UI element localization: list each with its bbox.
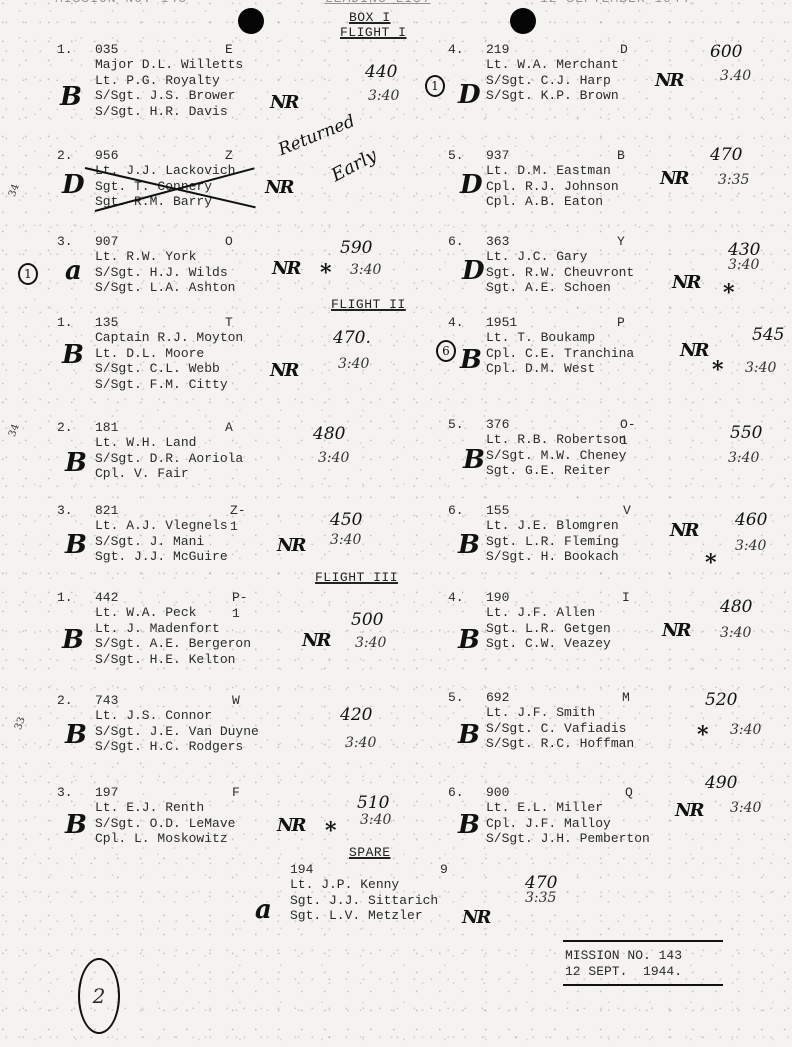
crew-member: S/Sgt. H.C. Rodgers	[95, 739, 259, 755]
handwritten-fuel: 490	[705, 773, 737, 793]
flight-3-heading: FLIGHT III	[315, 570, 398, 585]
crew-list: Lt. R.B. RobertsonS/Sgt. M.W. CheneySgt.…	[486, 432, 626, 479]
top-header-cut-text: LEADING LIST	[325, 0, 431, 6]
asterisk-mark: *	[712, 357, 724, 383]
crew-member: S/Sgt. H. Bookach	[486, 549, 619, 565]
returned-annotation: Returned	[276, 111, 358, 160]
aircraft-number: 197	[95, 785, 118, 801]
handwritten-nr-mark: NR	[672, 272, 699, 293]
handwritten-time: 3:40	[338, 356, 369, 372]
aircraft-number: 956	[95, 148, 118, 164]
crew-list: Lt. D.M. EastmanCpl. R.J. JohnsonCpl. A.…	[486, 163, 619, 210]
handwritten-time: 3:40	[728, 257, 759, 273]
crew-member: S/Sgt. J.S. Brower	[95, 88, 243, 104]
handwritten-time: 3:40	[318, 450, 349, 466]
handwritten-fuel: 500	[351, 610, 383, 630]
crew-member: Lt. J. Madenfort	[95, 621, 251, 637]
handwritten-letter-mark: B	[458, 720, 480, 750]
aircraft-letter: T	[225, 315, 233, 331]
aircraft-letter: D	[620, 42, 628, 58]
aircraft-number: 743	[95, 693, 118, 709]
handwritten-letter-mark: B	[460, 345, 482, 375]
margin-note: 33	[13, 716, 28, 732]
crew-list: Captain R.J. MoytonLt. D.L. MooreS/Sgt. …	[95, 330, 243, 392]
crew-member: S/Sgt. K.P. Brown	[486, 88, 619, 104]
crew-member: S/Sgt. F.M. Citty	[95, 377, 243, 393]
crew-list: Lt. T. BoukampCpl. C.E. TranchinaCpl. D.…	[486, 330, 634, 377]
aircraft-letter: M	[622, 690, 630, 706]
handwritten-letter-mark: B	[458, 625, 480, 655]
handwritten-time: 3:40	[368, 88, 399, 104]
entry-position: 2.	[57, 693, 73, 709]
crew-list: Lt. J.F. AllenSgt. L.R. GetgenSgt. C.W. …	[486, 605, 611, 652]
handwritten-nr-mark: NR	[655, 70, 682, 91]
crew-member: Lt. R.B. Robertson	[486, 432, 626, 448]
crew-member: Lt. D.L. Moore	[95, 346, 243, 362]
crew-member: S/Sgt. O.D. LeMave	[95, 816, 235, 832]
crew-member: S/Sgt. A.E. Bergeron	[95, 636, 251, 652]
crew-member: Major D.L. Willetts	[95, 57, 243, 73]
handwritten-letter-mark: D	[462, 256, 485, 286]
aircraft-number: 821	[95, 503, 118, 519]
handwritten-letter-mark: B	[458, 810, 480, 840]
crew-list: Lt. A.J. VlegnelsS/Sgt. J. ManiSgt. J.J.…	[95, 518, 228, 565]
aircraft-number: 194	[290, 862, 313, 878]
aircraft-letter: W	[232, 693, 240, 709]
crew-list: Lt. J.C. GarySgt. R.W. CheuvrontSgt. A.E…	[486, 249, 634, 296]
crew-member: Sgt. G.E. Reiter	[486, 463, 626, 479]
handwritten-fuel: 470	[710, 145, 742, 165]
entry-position: 3.	[57, 785, 73, 801]
crew-member: S/Sgt. C.L. Webb	[95, 361, 243, 377]
handwritten-fuel: 480	[720, 597, 752, 617]
crew-list: Lt. J.E. BlomgrenSgt. L.R. FlemingS/Sgt.…	[486, 518, 619, 565]
crew-member: Sgt. A.E. Schoen	[486, 280, 634, 296]
handwritten-letter-mark: B	[62, 625, 84, 655]
crew-member: Lt. R.W. York	[95, 249, 235, 265]
aircraft-letter: V	[623, 503, 631, 519]
punch-hole-left	[238, 8, 264, 34]
aircraft-number: 692	[486, 690, 509, 706]
handwritten-nr-mark: NR	[670, 520, 697, 541]
handwritten-time: 3:35	[718, 172, 749, 188]
box-heading: BOX I	[349, 10, 391, 25]
crew-list: Lt. E.L. MillerCpl. J.F. MalloyS/Sgt. J.…	[486, 800, 650, 847]
crew-list: Lt. W.A. MerchantS/Sgt. C.J. HarpS/Sgt. …	[486, 57, 619, 104]
aircraft-letter: Y	[617, 234, 625, 250]
aircraft-number: 219	[486, 42, 509, 58]
handwritten-fuel: 420	[340, 705, 372, 725]
crew-member: S/Sgt. R.C. Hoffman	[486, 736, 634, 752]
aircraft-number: 135	[95, 315, 118, 331]
entry-position: 6.	[448, 785, 464, 801]
crew-member: Lt. W.H. Land	[95, 435, 243, 451]
crew-member: Sgt. L.V. Metzler	[290, 908, 438, 924]
crew-member: Cpl. L. Moskowitz	[95, 831, 235, 847]
handwritten-letter-mark: B	[65, 810, 87, 840]
crew-list: Major D.L. WillettsLt. P.G. RoyaltyS/Sgt…	[95, 57, 243, 119]
entry-position: 1.	[57, 590, 73, 606]
early-annotation: Early	[328, 145, 381, 186]
aircraft-letter: A	[225, 420, 233, 436]
crew-member: S/Sgt. H.E. Kelton	[95, 652, 251, 668]
crew-member: Lt. P.G. Royalty	[95, 73, 243, 89]
entry-position: 6.	[448, 234, 464, 250]
handwritten-fuel: 550	[730, 423, 762, 443]
crew-member: Cpl. R.J. Johnson	[486, 179, 619, 195]
crew-member: S/Sgt. M.W. Cheney	[486, 448, 626, 464]
handwritten-time: 3:40	[360, 812, 391, 828]
aircraft-letter: F	[232, 785, 240, 801]
crew-member: Lt. E.L. Miller	[486, 800, 650, 816]
handwritten-time: 3:40	[720, 625, 751, 641]
crew-list: Lt. W.H. LandS/Sgt. D.R. AoriolaCpl. V. …	[95, 435, 243, 482]
handwritten-letter-mark: D	[62, 170, 85, 200]
crew-member: Sgt. J.J. McGuire	[95, 549, 228, 565]
top-right-cut-text: 12 SEPTEMBER 1944	[540, 0, 690, 6]
handwritten-fuel: 450	[330, 510, 362, 530]
handwritten-nr-mark: NR	[660, 168, 687, 189]
handwritten-nr-mark: NR	[270, 360, 297, 381]
asterisk-mark: *	[723, 280, 735, 306]
crew-member: Lt. J.P. Kenny	[290, 877, 438, 893]
handwritten-time: 3:40	[728, 450, 759, 466]
crew-member: Lt. W.A. Peck	[95, 605, 251, 621]
entry-position: 6.	[448, 503, 464, 519]
handwritten-time: 3:40	[730, 722, 761, 738]
crew-member: Lt. W.A. Merchant	[486, 57, 619, 73]
entry-position: 4.	[448, 42, 464, 58]
aircraft-number: 442	[95, 590, 118, 606]
margin-note: 34	[7, 423, 22, 439]
aircraft-number: 1951	[486, 315, 517, 331]
crew-member: Cpl. A.B. Eaton	[486, 194, 619, 210]
flight-2-heading: FLIGHT II	[331, 297, 406, 312]
aircraft-letter: Q	[625, 785, 633, 801]
handwritten-letter-mark: B	[62, 340, 84, 370]
aircraft-number: 181	[95, 420, 118, 436]
crew-member: Sgt. R.W. Cheuvront	[486, 265, 634, 281]
aircraft-letter: I	[622, 590, 630, 606]
entry-position: 4.	[448, 315, 464, 331]
crew-list: Lt. E.J. RenthS/Sgt. O.D. LeMaveCpl. L. …	[95, 800, 235, 847]
handwritten-fuel: 545	[752, 325, 784, 345]
handwritten-nr-mark: NR	[270, 92, 297, 113]
aircraft-letter: B	[617, 148, 625, 164]
crew-list: Lt. J.F. SmithS/Sgt. C. VafiadisS/Sgt. R…	[486, 705, 634, 752]
handwritten-letter-mark: B	[65, 530, 87, 560]
handwritten-time: 3:40	[330, 532, 361, 548]
entry-position: 5.	[448, 417, 464, 433]
crew-member: Lt. D.M. Eastman	[486, 163, 619, 179]
entry-position: 1.	[57, 315, 73, 331]
entry-position: 3.	[57, 234, 73, 250]
aircraft-letter: Z-1	[230, 503, 246, 534]
aircraft-number: 363	[486, 234, 509, 250]
crew-member: Lt. E.J. Renth	[95, 800, 235, 816]
handwritten-letter-mark: B	[458, 530, 480, 560]
flight-1-heading: FLIGHT I	[340, 25, 406, 40]
handwritten-fuel: 600	[710, 42, 742, 62]
crew-member: Cpl. V. Fair	[95, 466, 243, 482]
handwritten-fuel: 480	[313, 424, 345, 444]
aircraft-number: 155	[486, 503, 509, 519]
handwritten-nr-mark: NR	[272, 258, 299, 279]
crew-member: Lt. J.F. Smith	[486, 705, 634, 721]
mission-date: 12 SEPT. 1944.	[565, 964, 723, 980]
handwritten-fuel: 470.	[333, 328, 371, 348]
asterisk-mark: *	[325, 818, 337, 844]
circled-page-mark: 2	[78, 958, 120, 1034]
crew-member: Lt. T. Boukamp	[486, 330, 634, 346]
crew-member: Lt. A.J. Vlegnels	[95, 518, 228, 534]
handwritten-letter-mark: B	[60, 82, 82, 112]
crew-list: Lt. J.P. KennySgt. J.J. SittarichSgt. L.…	[290, 877, 438, 924]
aircraft-letter: P	[617, 315, 625, 331]
crew-list: Lt. J.S. ConnorS/Sgt. J.E. Van DuyneS/Sg…	[95, 708, 259, 755]
crew-member: S/Sgt. H.J. Wilds	[95, 265, 235, 281]
circled-number: 6	[436, 340, 456, 362]
margin-note: 34	[7, 183, 22, 199]
handwritten-letter-mark: B	[463, 445, 485, 475]
entry-position: 3.	[57, 503, 73, 519]
crew-member: S/Sgt. C. Vafiadis	[486, 721, 634, 737]
aircraft-letter: 9	[440, 862, 448, 878]
handwritten-letter-mark: D	[460, 170, 483, 200]
crew-member: S/Sgt. D.R. Aoriola	[95, 451, 243, 467]
aircraft-number: 376	[486, 417, 509, 433]
handwritten-fuel: 590	[340, 238, 372, 258]
handwritten-nr-mark: NR	[662, 620, 689, 641]
handwritten-letter-mark: a	[65, 256, 82, 286]
handwritten-time: 3:40	[735, 538, 766, 554]
crew-member: Sgt. C.W. Veazey	[486, 636, 611, 652]
aircraft-letter: O	[225, 234, 233, 250]
handwritten-fuel: 440	[365, 62, 397, 82]
handwritten-letter-mark: D	[458, 80, 481, 110]
handwritten-time: 3:40	[355, 635, 386, 651]
entry-position: 4.	[448, 590, 464, 606]
handwritten-letter-mark: B	[65, 448, 87, 478]
circled-number: 1	[18, 263, 38, 285]
handwritten-nr-mark: NR	[277, 535, 304, 556]
handwritten-letter-mark: B	[65, 720, 87, 750]
crew-member: S/Sgt. J. Mani	[95, 534, 228, 550]
entry-position: 5.	[448, 148, 464, 164]
asterisk-mark: *	[697, 722, 709, 748]
crew-member: Sgt. J.J. Sittarich	[290, 893, 438, 909]
handwritten-nr-mark: NR	[675, 800, 702, 821]
handwritten-time: 3:40	[730, 800, 761, 816]
crew-member: Sgt. L.R. Getgen	[486, 621, 611, 637]
handwritten-nr-mark: NR	[462, 907, 489, 928]
asterisk-mark: *	[705, 550, 717, 576]
aircraft-number: 900	[486, 785, 509, 801]
handwritten-time: 3:35	[525, 890, 556, 906]
handwritten-time: 3:40	[350, 262, 381, 278]
crew-member: S/Sgt. H.R. Davis	[95, 104, 243, 120]
top-left-cut-text: MISSION NO. 143	[55, 0, 187, 6]
crew-member: Sgt. L.R. Fleming	[486, 534, 619, 550]
handwritten-nr-mark: NR	[680, 340, 707, 361]
handwritten-fuel: 520	[705, 690, 737, 710]
spare-heading: SPARE	[349, 845, 391, 860]
mission-footer: MISSION NO. 143 12 SEPT. 1944.	[563, 940, 723, 986]
asterisk-mark: *	[320, 260, 332, 286]
handwritten-time: 3:40	[745, 360, 776, 376]
punch-hole-right	[510, 8, 536, 34]
handwritten-nr-mark: NR	[277, 815, 304, 836]
entry-position: 1.	[57, 42, 73, 58]
crew-member: Lt. J.S. Connor	[95, 708, 259, 724]
crew-member: Captain R.J. Moyton	[95, 330, 243, 346]
aircraft-letter: Z	[225, 148, 233, 164]
handwritten-letter-mark: a	[255, 895, 272, 925]
handwritten-time: 3:40	[345, 735, 376, 751]
handwritten-fuel: 460	[735, 510, 767, 530]
aircraft-number: 937	[486, 148, 509, 164]
handwritten-time: 3.40	[720, 68, 751, 84]
crew-member: Cpl. C.E. Tranchina	[486, 346, 634, 362]
crew-member: S/Sgt. J.E. Van Duyne	[95, 724, 259, 740]
crew-member: Lt. J.E. Blomgren	[486, 518, 619, 534]
mission-number: MISSION NO. 143	[565, 948, 723, 964]
crew-list: Lt. R.W. YorkS/Sgt. H.J. WildsS/Sgt. L.A…	[95, 249, 235, 296]
crew-member: S/Sgt. C.J. Harp	[486, 73, 619, 89]
crew-member: Lt. J.C. Gary	[486, 249, 634, 265]
aircraft-number: 190	[486, 590, 509, 606]
handwritten-fuel: 510	[357, 793, 389, 813]
crew-list: Lt. W.A. PeckLt. J. MadenfortS/Sgt. A.E.…	[95, 605, 251, 667]
handwritten-nr-mark: NR	[302, 630, 329, 651]
circled-number: 1	[425, 75, 445, 97]
crew-member: S/Sgt. J.H. Pemberton	[486, 831, 650, 847]
entry-position: 2.	[57, 420, 73, 436]
aircraft-number: 035	[95, 42, 118, 58]
crew-member: Cpl. J.F. Malloy	[486, 816, 650, 832]
crew-member: S/Sgt. L.A. Ashton	[95, 280, 235, 296]
aircraft-letter: E	[225, 42, 233, 58]
entry-position: 2.	[57, 148, 73, 164]
entry-position: 5.	[448, 690, 464, 706]
aircraft-number: 907	[95, 234, 118, 250]
crew-member: Cpl. D.M. West	[486, 361, 634, 377]
handwritten-nr-mark: NR	[265, 177, 292, 198]
crew-member: Lt. J.F. Allen	[486, 605, 611, 621]
